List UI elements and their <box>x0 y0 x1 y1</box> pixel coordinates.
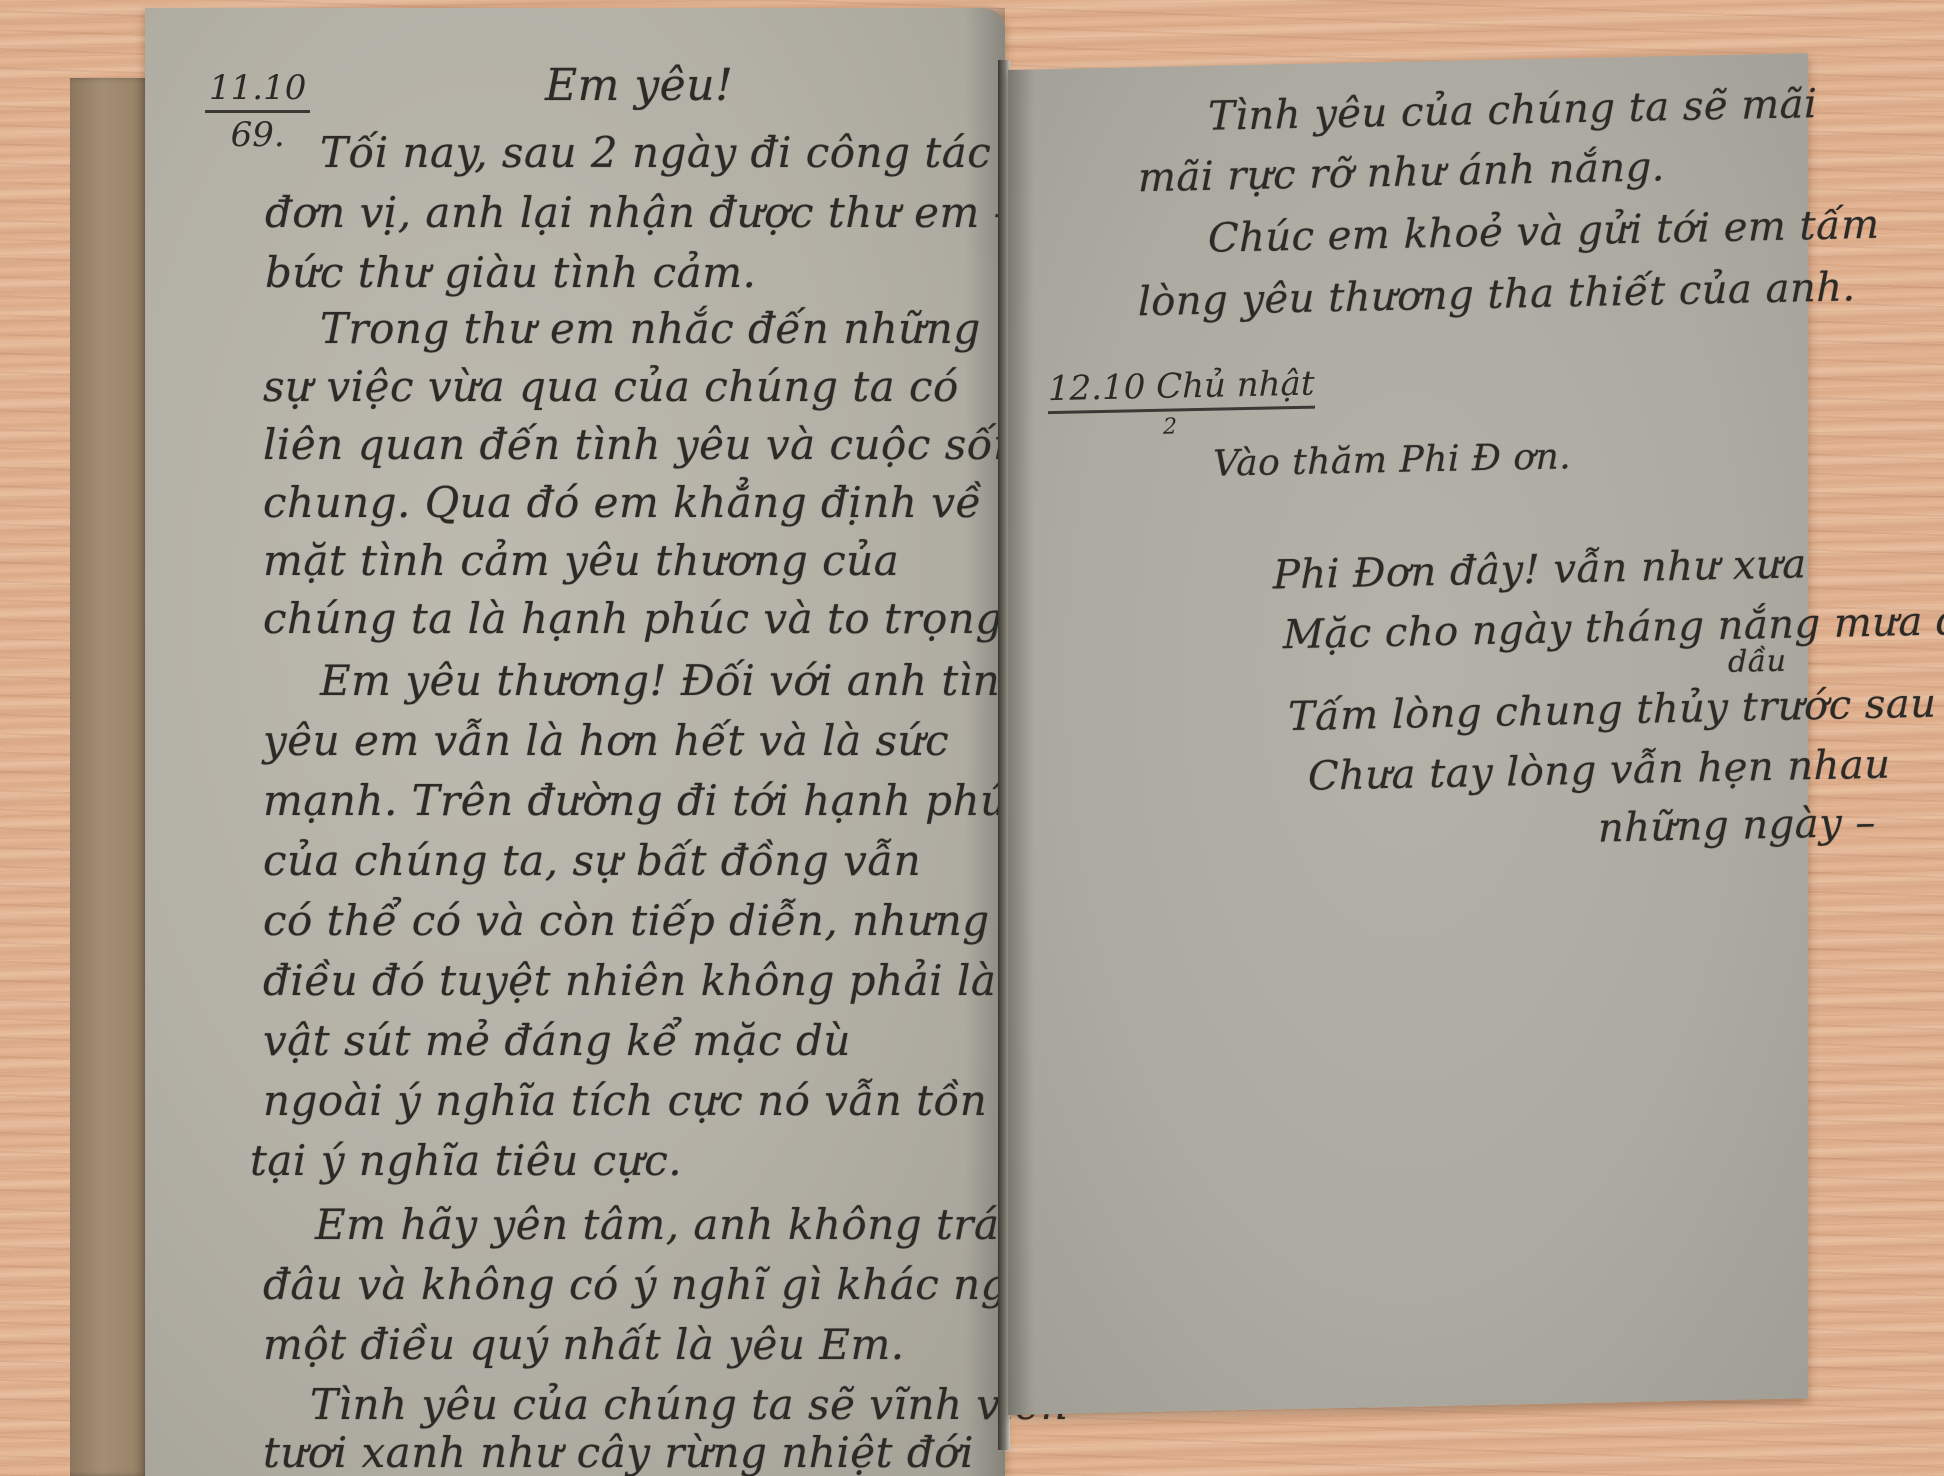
letter-line-16: vật sút mẻ đáng kể mặc dù <box>263 1016 851 1065</box>
poem-line-2b: dầu <box>1728 644 1786 680</box>
entry-subnumber: 2 <box>1163 414 1177 439</box>
notebook-cover-edge <box>70 78 150 1476</box>
letter-line-1: Tối nay, sau 2 ngày đi công tác về <box>320 128 1056 177</box>
poem-line-2: Mặc cho ngày tháng nắng mưa dãi <box>1283 597 1944 658</box>
letter-line-20: đâu và không có ý nghĩ gì khác ngoài <box>263 1260 1073 1309</box>
letter-line-2: đơn vị, anh lại nhận được thư em – một <box>265 188 1113 237</box>
letter-line-22: Tình yêu của chúng ta sẽ vĩnh viễn <box>310 1380 1068 1429</box>
letter-line-14: có thể có và còn tiếp diễn, nhưng <box>263 896 990 945</box>
poem-line-1: Phi Đơn đây! vẫn như xưa <box>1273 541 1807 598</box>
closing-line-3: Chúc em khoẻ và gửi tới em tấm <box>1208 202 1880 262</box>
letter-line-11: yêu em vẫn là hơn hết và là sức <box>263 716 949 765</box>
entry-title: Vào thăm Phi Đ ơn. <box>1213 436 1571 485</box>
letter-line-6: liên quan đến tình yêu và cuộc sống <box>263 420 1048 469</box>
letter-line-10: Em yêu thương! Đối với anh tình <box>320 656 1028 705</box>
letter-line-5: sự việc vừa qua của chúng ta có <box>263 362 959 411</box>
closing-line-4: lòng yêu thương tha thiết của anh. <box>1138 264 1856 325</box>
letter-line-12: mạnh. Trên đường đi tới hạnh phúc <box>263 776 1032 825</box>
letter-line-8: mặt tình cảm yêu thương của <box>263 536 899 585</box>
letter-line-18: tại ý nghĩa tiêu cực. <box>250 1136 682 1185</box>
salutation: Em yêu! <box>545 60 733 111</box>
letter-line-17: ngoài ý nghĩa tích cực nó vẫn tồn <box>263 1076 987 1125</box>
letter-line-3: bức thư giàu tình cảm. <box>265 248 756 297</box>
closing-line-2: mãi rực rỡ như ánh nắng. <box>1138 144 1665 201</box>
date-day-month: 11.10 <box>205 66 310 113</box>
poem-line-3: Tấm lòng chung thủy trước sau <box>1288 681 1937 741</box>
right-page: Tình yêu của chúng ta sẽ mãi mãi rực rỡ … <box>1008 53 1808 1415</box>
letter-line-13: của chúng ta, sự bất đồng vẫn <box>263 836 921 885</box>
letter-line-21: một điều quý nhất là yêu Em. <box>263 1320 905 1369</box>
entry-date-heading: 12.10 Chủ nhật <box>1048 364 1315 415</box>
letter-line-7: chung. Qua đó em khẳng định về <box>263 478 982 527</box>
left-page: 11.10 69. Em yêu! Tối nay, sau 2 ngày đi… <box>145 8 1005 1476</box>
poem-line-4: Chưa tay lòng vẫn hẹn nhau <box>1308 742 1891 800</box>
left-page-date: 11.10 69. <box>205 66 310 157</box>
letter-line-4: Trong thư em nhắc đến những <box>320 304 981 353</box>
letter-line-23: tươi xanh như cây rừng nhiệt đới <box>263 1428 974 1476</box>
letter-line-9: chúng ta là hạnh phúc và to trọng. <box>263 594 1017 643</box>
letter-line-15: điều đó tuyệt nhiên không phải là <box>263 956 996 1005</box>
closing-line-1: Tình yêu của chúng ta sẽ mãi <box>1208 81 1817 140</box>
date-year: 69. <box>205 113 310 157</box>
poem-line-5: những ngày – <box>1598 800 1876 852</box>
